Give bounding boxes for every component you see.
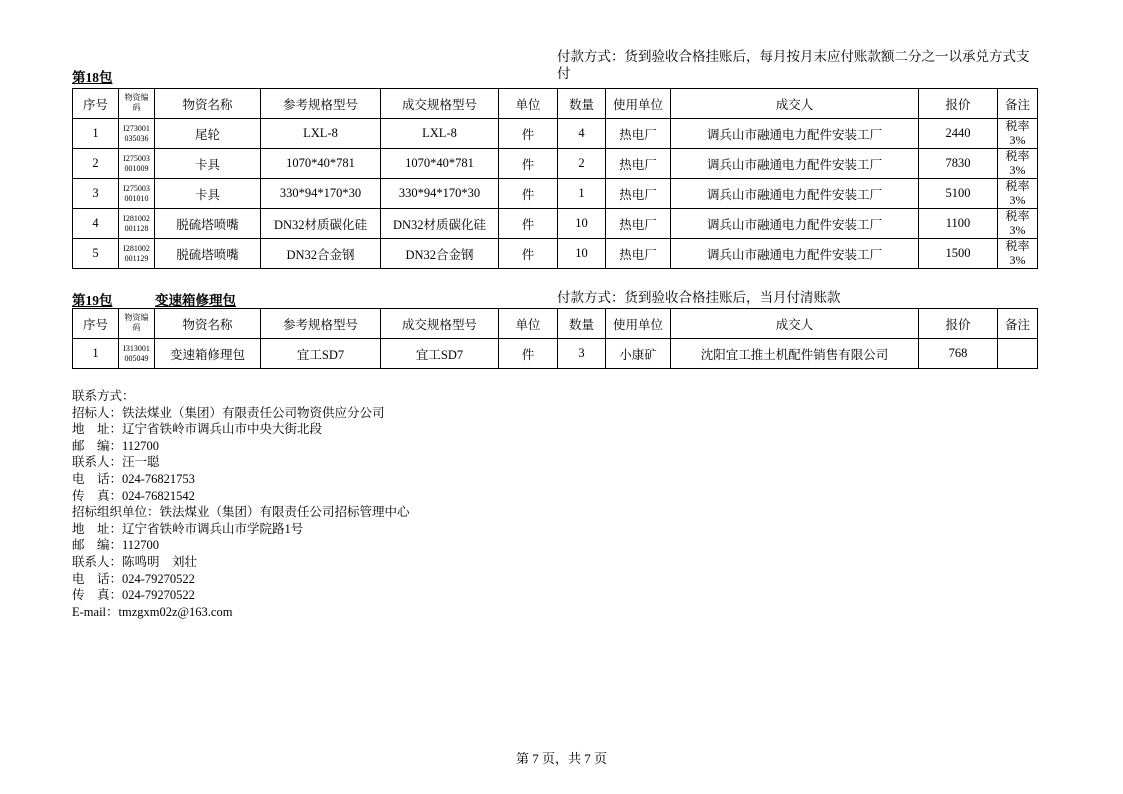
note-line2: 3%: [999, 164, 1036, 178]
cell-ref-spec: 330*94*170*30: [261, 179, 381, 209]
cell-material-code: I281002 001128: [119, 209, 155, 239]
note-line1: 税率: [999, 120, 1036, 134]
material-code-line2: 001009: [120, 164, 153, 174]
note-line1: 税率: [999, 150, 1036, 164]
cell-ref-spec: 宜工SD7: [261, 339, 381, 369]
header-qty: 数量: [558, 89, 606, 119]
material-code-line1: I281002: [120, 214, 153, 224]
package-19-label: 第19包: [72, 289, 113, 309]
cell-seq: 5: [73, 239, 119, 269]
cell-qty: 4: [558, 119, 606, 149]
cell-winner: 沈阳宜工推土机配件销售有限公司: [671, 339, 919, 369]
header-material-code: 物资编码: [119, 309, 155, 339]
header-note: 备注: [998, 89, 1038, 119]
contact-postcode-1: 邮 编：112700: [72, 438, 410, 455]
cell-seq: 1: [73, 339, 119, 369]
cell-seq: 3: [73, 179, 119, 209]
contact-postcode-2: 邮 编：112700: [72, 537, 410, 554]
cell-seq: 1: [73, 119, 119, 149]
cell-note: [998, 339, 1038, 369]
contact-tenderer: 招标人：铁法煤业（集团）有限责任公司物资供应分公司: [72, 405, 410, 422]
cell-price: 1100: [919, 209, 998, 239]
cell-ref-spec: DN32合金钢: [261, 239, 381, 269]
header-ref-spec: 参考规格型号: [261, 89, 381, 119]
cell-deal-spec: 宜工SD7: [381, 339, 499, 369]
contact-fax-1: 传 真：024-76821542: [72, 488, 410, 505]
payment-terms-package-18: 付款方式：货到验收合格挂账后，每月按月末应付账款额二分之一以承兑方式支付: [557, 48, 1038, 82]
header-qty: 数量: [558, 309, 606, 339]
cell-note: 税率 3%: [998, 119, 1038, 149]
note-line1: 税率: [999, 240, 1036, 254]
header-ref-spec: 参考规格型号: [261, 309, 381, 339]
cell-seq: 4: [73, 209, 119, 239]
cell-deal-spec: DN32材质碳化硅: [381, 209, 499, 239]
contact-fax-2: 传 真：024-79270522: [72, 587, 410, 604]
header-material-code: 物资编码: [119, 89, 155, 119]
cell-material-name: 卡具: [155, 149, 261, 179]
cell-material-name: 变速箱修理包: [155, 339, 261, 369]
note-line2: 3%: [999, 224, 1036, 238]
material-code-line1: I275003: [120, 184, 153, 194]
cell-price: 768: [919, 339, 998, 369]
cell-material-name: 尾轮: [155, 119, 261, 149]
cell-note: 税率 3%: [998, 149, 1038, 179]
contact-title: 联系方式：: [72, 388, 410, 405]
cell-winner: 调兵山市融通电力配件安装工厂: [671, 239, 919, 269]
table-header-row: 序号 物资编码 物资名称 参考规格型号 成交规格型号 单位 数量 使用单位 成交…: [73, 309, 1038, 339]
cell-qty: 10: [558, 209, 606, 239]
contact-phone-2: 电 话：024-79270522: [72, 571, 410, 588]
cell-qty: 10: [558, 239, 606, 269]
cell-ref-spec: LXL-8: [261, 119, 381, 149]
note-line1: 税率: [999, 210, 1036, 224]
header-deal-spec: 成交规格型号: [381, 309, 499, 339]
contact-address-2: 地 址：辽宁省铁岭市调兵山市学院路1号: [72, 521, 410, 538]
cell-unit: 件: [499, 339, 558, 369]
material-code-line1: I281002: [120, 244, 153, 254]
note-line1: 税率: [999, 180, 1036, 194]
header-price: 报价: [919, 309, 998, 339]
cell-material-code: I273001 035036: [119, 119, 155, 149]
cell-price: 2440: [919, 119, 998, 149]
cell-qty: 2: [558, 149, 606, 179]
cell-price: 7830: [919, 149, 998, 179]
payment-terms-package-19: 付款方式：货到验收合格挂账后，当月付清账款: [557, 289, 1038, 306]
contact-person-1: 联系人：汪一聪: [72, 454, 410, 471]
contact-info: 联系方式： 招标人：铁法煤业（集团）有限责任公司物资供应分公司 地 址：辽宁省铁…: [72, 388, 410, 620]
material-code-line2: 005049: [120, 354, 153, 364]
cell-winner: 调兵山市融通电力配件安装工厂: [671, 119, 919, 149]
cell-price: 5100: [919, 179, 998, 209]
material-code-line1: I273001: [120, 124, 153, 134]
cell-winner: 调兵山市融通电力配件安装工厂: [671, 179, 919, 209]
cell-user-unit: 热电厂: [606, 119, 671, 149]
header-material-name: 物资名称: [155, 89, 261, 119]
cell-material-name: 脱硫塔喷嘴: [155, 209, 261, 239]
contact-person-2: 联系人：陈鸣明 刘壮: [72, 554, 410, 571]
cell-material-code: I275003 001009: [119, 149, 155, 179]
cell-winner: 调兵山市融通电力配件安装工厂: [671, 209, 919, 239]
material-code-line2: 001129: [120, 254, 153, 264]
material-code-line2: 035036: [120, 134, 153, 144]
note-line2: 3%: [999, 134, 1036, 148]
cell-material-code: I275003 001010: [119, 179, 155, 209]
cell-material-code: I313001 005049: [119, 339, 155, 369]
cell-deal-spec: DN32合金钢: [381, 239, 499, 269]
cell-qty: 3: [558, 339, 606, 369]
table-row: 1 I313001 005049 变速箱修理包 宜工SD7 宜工SD7 件 3 …: [73, 339, 1038, 369]
header-seq: 序号: [73, 89, 119, 119]
header-winner: 成交人: [671, 89, 919, 119]
cell-material-name: 脱硫塔喷嘴: [155, 239, 261, 269]
cell-unit: 件: [499, 209, 558, 239]
material-code-line1: I275003: [120, 154, 153, 164]
header-user-unit: 使用单位: [606, 309, 671, 339]
table-row: 1 I273001 035036 尾轮 LXL-8 LXL-8 件 4 热电厂 …: [73, 119, 1038, 149]
header-material-code-label: 物资编码: [124, 93, 150, 112]
cell-ref-spec: DN32材质碳化硅: [261, 209, 381, 239]
header-user-unit: 使用单位: [606, 89, 671, 119]
header-unit: 单位: [499, 89, 558, 119]
cell-user-unit: 热电厂: [606, 149, 671, 179]
contact-address-1: 地 址：辽宁省铁岭市调兵山市中央大街北段: [72, 421, 410, 438]
header-winner: 成交人: [671, 309, 919, 339]
package-19-table: 序号 物资编码 物资名称 参考规格型号 成交规格型号 单位 数量 使用单位 成交…: [72, 308, 1038, 369]
cell-note: 税率 3%: [998, 209, 1038, 239]
cell-seq: 2: [73, 149, 119, 179]
contact-phone-1: 电 话：024-76821753: [72, 471, 410, 488]
header-price: 报价: [919, 89, 998, 119]
header-seq: 序号: [73, 309, 119, 339]
package-18-table: 序号 物资编码 物资名称 参考规格型号 成交规格型号 单位 数量 使用单位 成交…: [72, 88, 1038, 269]
cell-unit: 件: [499, 119, 558, 149]
cell-unit: 件: [499, 239, 558, 269]
cell-deal-spec: 1070*40*781: [381, 149, 499, 179]
header-deal-spec: 成交规格型号: [381, 89, 499, 119]
note-line2: 3%: [999, 194, 1036, 208]
table-header-row: 序号 物资编码 物资名称 参考规格型号 成交规格型号 单位 数量 使用单位 成交…: [73, 89, 1038, 119]
package-19-name: 变速箱修理包: [155, 289, 236, 309]
material-code-line2: 001010: [120, 194, 153, 204]
table-row: 4 I281002 001128 脱硫塔喷嘴 DN32材质碳化硅 DN32材质碳…: [73, 209, 1038, 239]
cell-unit: 件: [499, 149, 558, 179]
page-number-footer: 第 7 页，共 7 页: [0, 748, 1123, 767]
header-material-code-label: 物资编码: [124, 313, 150, 332]
header-note: 备注: [998, 309, 1038, 339]
header-unit: 单位: [499, 309, 558, 339]
cell-user-unit: 小康矿: [606, 339, 671, 369]
cell-material-name: 卡具: [155, 179, 261, 209]
cell-price: 1500: [919, 239, 998, 269]
cell-user-unit: 热电厂: [606, 179, 671, 209]
package-18-label: 第18包: [72, 66, 113, 86]
material-code-line2: 001128: [120, 224, 153, 234]
table-row: 3 I275003 001010 卡具 330*94*170*30 330*94…: [73, 179, 1038, 209]
cell-deal-spec: LXL-8: [381, 119, 499, 149]
cell-ref-spec: 1070*40*781: [261, 149, 381, 179]
cell-material-code: I281002 001129: [119, 239, 155, 269]
header-material-name: 物资名称: [155, 309, 261, 339]
contact-organizer: 招标组织单位：铁法煤业（集团）有限责任公司招标管理中心: [72, 504, 410, 521]
contact-email: E-mail：tmzgxm02z@163.com: [72, 604, 410, 621]
table-row: 2 I275003 001009 卡具 1070*40*781 1070*40*…: [73, 149, 1038, 179]
note-line2: 3%: [999, 254, 1036, 268]
cell-unit: 件: [499, 179, 558, 209]
table-row: 5 I281002 001129 脱硫塔喷嘴 DN32合金钢 DN32合金钢 件…: [73, 239, 1038, 269]
cell-user-unit: 热电厂: [606, 239, 671, 269]
cell-qty: 1: [558, 179, 606, 209]
cell-deal-spec: 330*94*170*30: [381, 179, 499, 209]
cell-user-unit: 热电厂: [606, 209, 671, 239]
cell-note: 税率 3%: [998, 239, 1038, 269]
cell-note: 税率 3%: [998, 179, 1038, 209]
material-code-line1: I313001: [120, 344, 153, 354]
cell-winner: 调兵山市融通电力配件安装工厂: [671, 149, 919, 179]
